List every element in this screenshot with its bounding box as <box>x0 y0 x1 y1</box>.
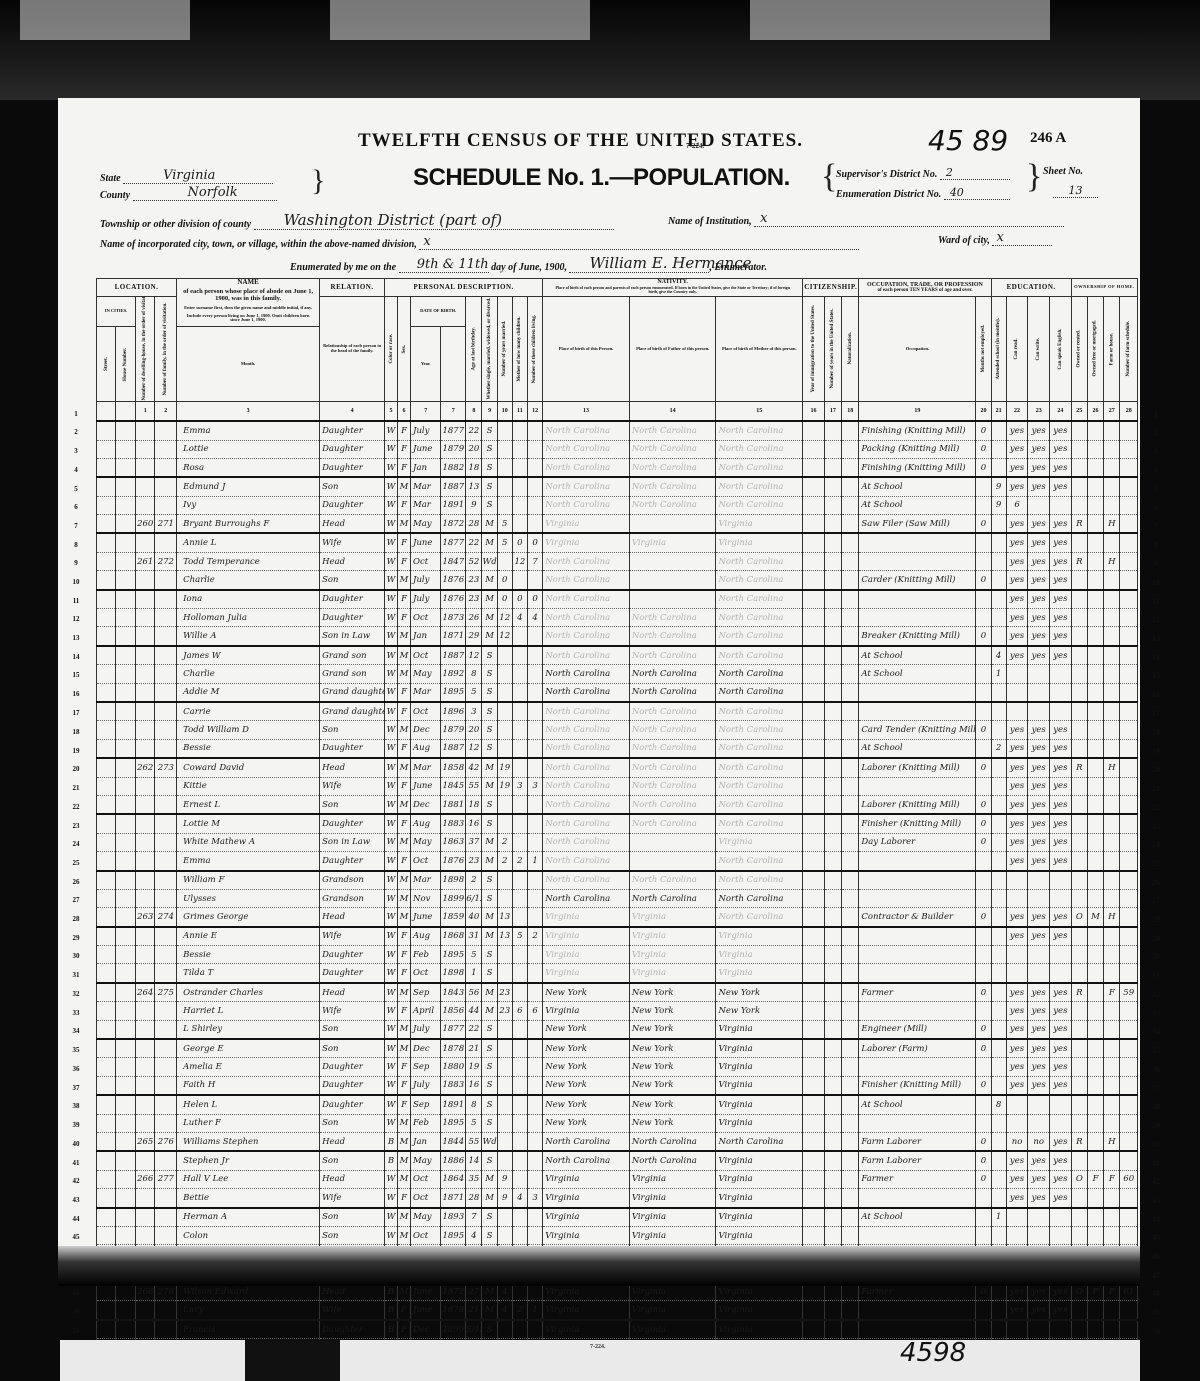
birth-month-cell: Dec <box>411 1039 441 1058</box>
can-read-cell: yes <box>1006 777 1028 795</box>
street-cell <box>97 1320 116 1339</box>
birth-year-cell: 1847 <box>441 552 466 570</box>
marital-status-cell: S <box>482 1058 497 1076</box>
column-number: 9 <box>482 402 497 422</box>
can-read-cell: yes <box>1006 1076 1028 1095</box>
can-read-cell: yes <box>1006 814 1028 833</box>
family-number-cell <box>155 1320 177 1339</box>
birthplace-mother-cell: North Carolina <box>716 758 803 777</box>
col-naturalization: Naturalization. <box>842 296 859 401</box>
free-mortgaged-cell <box>1087 983 1103 1002</box>
house-number-cell <box>116 721 135 739</box>
race-cell: W <box>385 739 398 758</box>
line-number: 37 <box>1144 1084 1168 1093</box>
marital-status-cell: S <box>482 889 497 907</box>
free-mortgaged-cell: M <box>1087 908 1103 927</box>
immigration-year-cell <box>803 421 825 440</box>
naturalization-cell <box>842 440 859 458</box>
marital-status-cell: Wd <box>482 1132 497 1151</box>
farm-house-cell <box>1104 1189 1120 1208</box>
line-number-left: 30 <box>58 952 94 960</box>
farm-house-cell <box>1104 1320 1120 1339</box>
table-row: Amelia EDaughterWFSep188019SNew YorkNew … <box>97 1058 1138 1076</box>
marital-status-cell: M <box>482 571 497 590</box>
naturalization-cell <box>842 1076 859 1095</box>
dwelling-number-cell <box>135 702 154 721</box>
birthplace-mother-cell: North Carolina <box>716 646 803 665</box>
race-cell: W <box>385 646 398 665</box>
sex-cell: F <box>398 609 411 627</box>
birthplace-person-cell: New York <box>543 1020 630 1039</box>
birthplace-person-cell: North Carolina <box>543 1151 630 1170</box>
line-number-left: 12 <box>58 615 94 623</box>
farm-schedule-cell <box>1120 533 1138 552</box>
birth-month-cell: June <box>411 440 441 458</box>
naturalization-cell <box>842 590 859 609</box>
family-number-cell <box>155 871 177 890</box>
months-unemployed-cell <box>976 889 991 907</box>
age-cell: 14 <box>466 1151 482 1170</box>
birthplace-mother-cell: Virginia <box>716 515 803 534</box>
table-row: CharlieSonWMJuly187623M0North CarolinaNo… <box>97 571 1138 590</box>
children-living-cell <box>527 833 542 851</box>
speaks-english-cell: yes <box>1050 1189 1072 1208</box>
speaks-english-cell <box>1050 871 1072 890</box>
race-cell: W <box>385 1058 398 1076</box>
children-living-cell <box>527 1095 542 1114</box>
street-cell <box>97 683 116 702</box>
brace: } <box>1026 158 1042 196</box>
col-speak-english: Can speak English. <box>1050 296 1072 401</box>
sex-cell: F <box>398 1301 411 1320</box>
birthplace-mother-cell: North Carolina <box>716 552 803 570</box>
race-cell: W <box>385 458 398 477</box>
line-number-left: 10 <box>58 578 94 586</box>
months-unemployed-cell: 0 <box>976 795 991 814</box>
person-name-cell: Bryant Burroughs F <box>177 515 320 534</box>
birthplace-father-cell: Virginia <box>629 964 716 983</box>
family-number-cell <box>155 683 177 702</box>
immigration-year-cell <box>803 1114 825 1132</box>
children-born-cell <box>512 721 527 739</box>
col-color: Color or race. <box>385 296 398 401</box>
column-number: 11 <box>512 402 527 422</box>
speaks-english-cell: yes <box>1050 1132 1072 1151</box>
farm-house-cell <box>1104 571 1120 590</box>
free-mortgaged-cell <box>1087 1320 1103 1339</box>
house-number-cell <box>116 646 135 665</box>
line-number-left: 27 <box>58 896 94 904</box>
months-unemployed-cell <box>976 552 991 570</box>
family-number-cell <box>155 1002 177 1020</box>
naturalization-cell <box>842 665 859 683</box>
school-months-cell: 8 <box>991 1095 1006 1114</box>
children-born-cell: 4 <box>512 609 527 627</box>
children-born-cell <box>512 1095 527 1114</box>
sex-cell: F <box>398 496 411 514</box>
naturalization-cell <box>842 889 859 907</box>
race-cell: W <box>385 1208 398 1227</box>
farm-schedule-cell <box>1120 1076 1138 1095</box>
col-attended-school: Attended school (in months). <box>991 296 1006 401</box>
children-living-cell <box>527 477 542 496</box>
marital-status-cell: Wd <box>482 552 497 570</box>
can-write-cell: yes <box>1028 1076 1050 1095</box>
school-months-cell <box>991 983 1006 1002</box>
race-cell: W <box>385 758 398 777</box>
immigration-year-cell <box>803 852 825 871</box>
house-number-cell <box>116 777 135 795</box>
marital-status-cell: S <box>482 946 497 964</box>
dwelling-number-cell <box>135 871 154 890</box>
children-living-cell <box>527 739 542 758</box>
speaks-english-cell: yes <box>1050 758 1072 777</box>
birth-month-cell: June <box>411 777 441 795</box>
years-in-us-cell <box>824 571 841 590</box>
years-married-cell: 12 <box>497 609 512 627</box>
can-write-cell: yes <box>1028 927 1050 946</box>
years-in-us-cell <box>824 1320 841 1339</box>
birthplace-person-cell: North Carolina <box>543 665 630 683</box>
school-months-cell <box>991 1114 1006 1132</box>
occupation-cell <box>859 552 976 570</box>
years-married-cell <box>497 814 512 833</box>
free-mortgaged-cell <box>1087 627 1103 646</box>
relation-cell: Daughter <box>320 421 385 440</box>
school-months-cell <box>991 795 1006 814</box>
birthplace-person-cell: Virginia <box>543 1208 630 1227</box>
race-cell: W <box>385 964 398 983</box>
birthplace-person-cell: Virginia <box>543 1226 630 1244</box>
street-cell <box>97 1114 116 1132</box>
race-cell: W <box>385 665 398 683</box>
immigration-year-cell <box>803 1151 825 1170</box>
line-number: 1 <box>1144 410 1168 419</box>
street-cell <box>97 458 116 477</box>
birthplace-mother-cell: North Carolina <box>716 1132 803 1151</box>
speaks-english-cell: yes <box>1050 515 1072 534</box>
can-read-cell: yes <box>1006 1301 1028 1320</box>
can-write-cell: yes <box>1028 983 1050 1002</box>
speaks-english-cell: yes <box>1050 721 1072 739</box>
years-married-cell: 19 <box>497 777 512 795</box>
years-in-us-cell <box>824 1058 841 1076</box>
immigration-year-cell <box>803 739 825 758</box>
birth-year-cell: 1891 <box>441 496 466 514</box>
farm-house-cell: H <box>1104 758 1120 777</box>
column-number: 6 <box>398 402 411 422</box>
house-number-cell <box>116 739 135 758</box>
can-write-cell: yes <box>1028 814 1050 833</box>
owned-rented-cell <box>1071 833 1087 851</box>
can-read-cell <box>1006 665 1028 683</box>
birthplace-father-cell: North Carolina <box>629 1151 716 1170</box>
school-months-cell <box>991 458 1006 477</box>
speaks-english-cell: yes <box>1050 1039 1072 1058</box>
owned-rented-cell: O <box>1071 1170 1087 1188</box>
table-row: EmmaDaughterWFJuly187722SNorth CarolinaN… <box>97 421 1138 440</box>
sex-cell: M <box>398 646 411 665</box>
house-number-cell <box>116 1039 135 1058</box>
race-cell: B <box>385 1151 398 1170</box>
can-write-cell <box>1028 946 1050 964</box>
children-born-cell: 0 <box>512 590 527 609</box>
race-cell: W <box>385 571 398 590</box>
house-number-cell <box>116 1095 135 1114</box>
relation-cell: Daughter <box>320 1076 385 1095</box>
age-cell: 7 <box>466 1208 482 1227</box>
birth-year-cell: 1883 <box>441 814 466 833</box>
birthplace-mother-cell: North Carolina <box>716 590 803 609</box>
occupation-cell <box>859 889 976 907</box>
family-number-cell <box>155 777 177 795</box>
farm-schedule-cell <box>1120 627 1138 646</box>
occupation-cell: Engineer (Mill) <box>859 1020 976 1039</box>
free-mortgaged-cell <box>1087 927 1103 946</box>
group-personal-description: PERSONAL DESCRIPTION. <box>385 279 543 297</box>
years-in-us-cell <box>824 1076 841 1095</box>
immigration-year-cell <box>803 515 825 534</box>
months-unemployed-cell <box>976 946 991 964</box>
marital-status-cell: S <box>482 1208 497 1227</box>
street-cell <box>97 927 116 946</box>
owned-rented-cell <box>1071 571 1087 590</box>
marital-status-cell: S <box>482 1151 497 1170</box>
person-name-cell: Faith H <box>177 1076 320 1095</box>
can-write-cell: yes <box>1028 1002 1050 1020</box>
table-row: EmmaDaughterWFOct187623M221North Carolin… <box>97 852 1138 871</box>
birthplace-person-cell: North Carolina <box>543 871 630 890</box>
institution-field: Name of Institution, x <box>668 211 1064 227</box>
naturalization-cell <box>842 1170 859 1188</box>
birth-year-cell: 1876 <box>441 571 466 590</box>
free-mortgaged-cell <box>1087 833 1103 851</box>
scan-border-bottom <box>58 1246 1140 1286</box>
dwelling-number-cell <box>135 458 154 477</box>
relation-cell: Head <box>320 552 385 570</box>
years-in-us-cell <box>824 458 841 477</box>
family-number-cell: 275 <box>155 983 177 1002</box>
children-living-cell: 1 <box>527 852 542 871</box>
farm-schedule-cell <box>1120 908 1138 927</box>
children-living-cell <box>527 515 542 534</box>
birthplace-mother-cell: Virginia <box>716 1170 803 1188</box>
street-cell <box>97 1095 116 1114</box>
street-cell <box>97 739 116 758</box>
can-write-cell: yes <box>1028 795 1050 814</box>
family-number-cell <box>155 702 177 721</box>
months-unemployed-cell <box>976 852 991 871</box>
enumeration-value: 40 <box>950 186 964 199</box>
free-mortgaged-cell <box>1087 852 1103 871</box>
speaks-english-cell: yes <box>1050 458 1072 477</box>
dwelling-number-cell <box>135 795 154 814</box>
race-cell: B <box>385 1320 398 1339</box>
age-cell: 8 <box>466 1095 482 1114</box>
birth-month-cell: July <box>411 1020 441 1039</box>
years-in-us-cell <box>824 1002 841 1020</box>
person-name-cell: Emma <box>177 421 320 440</box>
speaks-english-cell: yes <box>1050 814 1072 833</box>
marital-status-cell: M <box>482 590 497 609</box>
birth-year-cell: 1895 <box>441 1226 466 1244</box>
farm-schedule-cell <box>1120 702 1138 721</box>
street-cell <box>97 665 116 683</box>
birth-year-cell: 1893 <box>441 1208 466 1227</box>
age-cell: 22 <box>466 421 482 440</box>
person-name-cell: L Shirley <box>177 1020 320 1039</box>
birth-year-cell: 1863 <box>441 833 466 851</box>
dwelling-number-cell <box>135 814 154 833</box>
children-living-cell <box>527 946 542 964</box>
speaks-english-cell: yes <box>1050 1076 1072 1095</box>
naturalization-cell <box>842 908 859 927</box>
dwelling-number-cell <box>135 964 154 983</box>
speaks-english-cell: yes <box>1050 440 1072 458</box>
birth-month-cell: May <box>411 665 441 683</box>
years-married-cell: 0 <box>497 590 512 609</box>
can-write-cell: yes <box>1028 833 1050 851</box>
line-number: 11 <box>1144 597 1168 606</box>
age-cell: 21 <box>466 1301 482 1320</box>
farm-schedule-cell <box>1120 739 1138 758</box>
birthplace-mother-cell: North Carolina <box>716 496 803 514</box>
marital-status-cell: M <box>482 983 497 1002</box>
street-cell <box>97 702 116 721</box>
can-read-cell: yes <box>1006 1170 1028 1188</box>
owned-rented-cell: R <box>1071 515 1087 534</box>
immigration-year-cell <box>803 1170 825 1188</box>
children-born-cell <box>512 440 527 458</box>
birth-year-cell: 1895 <box>441 1114 466 1132</box>
name-instructions-1: Enter surname first, then the given name… <box>183 306 313 311</box>
county-field: County Norfolk <box>100 185 277 201</box>
children-born-cell <box>512 758 527 777</box>
birth-month-cell: Oct <box>411 552 441 570</box>
birthplace-person-cell: North Carolina <box>543 571 630 590</box>
speaks-english-cell <box>1050 1114 1072 1132</box>
family-number-cell <box>155 795 177 814</box>
years-married-cell <box>497 421 512 440</box>
marital-status-cell: S <box>482 1076 497 1095</box>
can-read-cell: yes <box>1006 1020 1028 1039</box>
birth-year-cell: 1886 <box>441 1151 466 1170</box>
line-number-left: 39 <box>58 1121 94 1129</box>
can-write-cell: yes <box>1028 1020 1050 1039</box>
months-unemployed-cell <box>976 1002 991 1020</box>
children-born-cell <box>512 1151 527 1170</box>
table-row: 261272Todd TemperanceHeadWFOct184752Wd12… <box>97 552 1138 570</box>
free-mortgaged-cell <box>1087 1095 1103 1114</box>
person-name-cell: Charlie <box>177 571 320 590</box>
school-months-cell <box>991 683 1006 702</box>
occupation-cell: Finishing (Knitting Mill) <box>859 458 976 477</box>
school-months-cell <box>991 590 1006 609</box>
group-citizenship: CITIZENSHIP. <box>803 279 859 297</box>
naturalization-cell <box>842 552 859 570</box>
col-can-write: Can write. <box>1028 296 1050 401</box>
months-unemployed-cell <box>976 533 991 552</box>
children-living-cell <box>527 1226 542 1244</box>
naturalization-cell <box>842 1002 859 1020</box>
family-number-cell <box>155 1208 177 1227</box>
birthplace-mother-cell: Virginia <box>716 1320 803 1339</box>
years-in-us-cell <box>824 533 841 552</box>
house-number-cell <box>116 609 135 627</box>
age-cell: 55 <box>466 777 482 795</box>
owned-rented-cell <box>1071 1208 1087 1227</box>
relation-cell: Son <box>320 1208 385 1227</box>
person-name-cell: Bessie <box>177 946 320 964</box>
sex-cell: M <box>398 908 411 927</box>
street-cell <box>97 609 116 627</box>
person-name-cell: Annie L <box>177 533 320 552</box>
can-write-cell: yes <box>1028 515 1050 534</box>
ward-value: x <box>996 230 1003 245</box>
house-number-cell <box>116 833 135 851</box>
relation-cell: Grandson <box>320 889 385 907</box>
line-number-left: 34 <box>58 1027 94 1035</box>
col-farm-house: Farm or house. <box>1104 296 1120 401</box>
school-months-cell <box>991 1076 1006 1095</box>
naturalization-cell <box>842 927 859 946</box>
years-married-cell: 9 <box>497 1189 512 1208</box>
school-months-cell <box>991 1189 1006 1208</box>
speaks-english-cell <box>1050 1208 1072 1227</box>
line-number-left: 3 <box>58 447 94 455</box>
occupation-cell <box>859 1226 976 1244</box>
birth-month-cell: May <box>411 1151 441 1170</box>
birth-year-cell: 1887 <box>441 739 466 758</box>
birthplace-person-cell: New York <box>543 1114 630 1132</box>
can-read-cell: yes <box>1006 590 1028 609</box>
years-married-cell <box>497 889 512 907</box>
years-married-cell <box>497 871 512 890</box>
can-write-cell: yes <box>1028 440 1050 458</box>
years-married-cell: 0 <box>497 571 512 590</box>
naturalization-cell <box>842 1151 859 1170</box>
free-mortgaged-cell <box>1087 1189 1103 1208</box>
family-number-cell <box>155 946 177 964</box>
years-married-cell <box>497 1208 512 1227</box>
street-cell <box>97 1076 116 1095</box>
dwelling-number-cell <box>135 590 154 609</box>
years-married-cell <box>497 702 512 721</box>
speaks-english-cell: yes <box>1050 533 1072 552</box>
line-number-left: 43 <box>58 1196 94 1204</box>
house-number-cell <box>116 1226 135 1244</box>
can-read-cell: yes <box>1006 927 1028 946</box>
birthplace-mother-cell: North Carolina <box>716 777 803 795</box>
race-cell: W <box>385 496 398 514</box>
naturalization-cell <box>842 1039 859 1058</box>
immigration-year-cell <box>803 571 825 590</box>
birthplace-person-cell: North Carolina <box>543 683 630 702</box>
race-cell: W <box>385 552 398 570</box>
months-unemployed-cell <box>976 871 991 890</box>
person-name-cell: Harriet L <box>177 1002 320 1020</box>
owned-rented-cell <box>1071 721 1087 739</box>
birth-month-cell: Oct <box>411 1226 441 1244</box>
can-read-cell: 6 <box>1006 496 1028 514</box>
years-in-us-cell <box>824 590 841 609</box>
marital-status-cell: S <box>482 795 497 814</box>
years-in-us-cell <box>824 1151 841 1170</box>
farm-schedule-cell <box>1120 721 1138 739</box>
farm-house-cell <box>1104 814 1120 833</box>
table-row: Herman ASonWMMay18937SVirginiaVirginiaVi… <box>97 1208 1138 1227</box>
race-cell: W <box>385 814 398 833</box>
